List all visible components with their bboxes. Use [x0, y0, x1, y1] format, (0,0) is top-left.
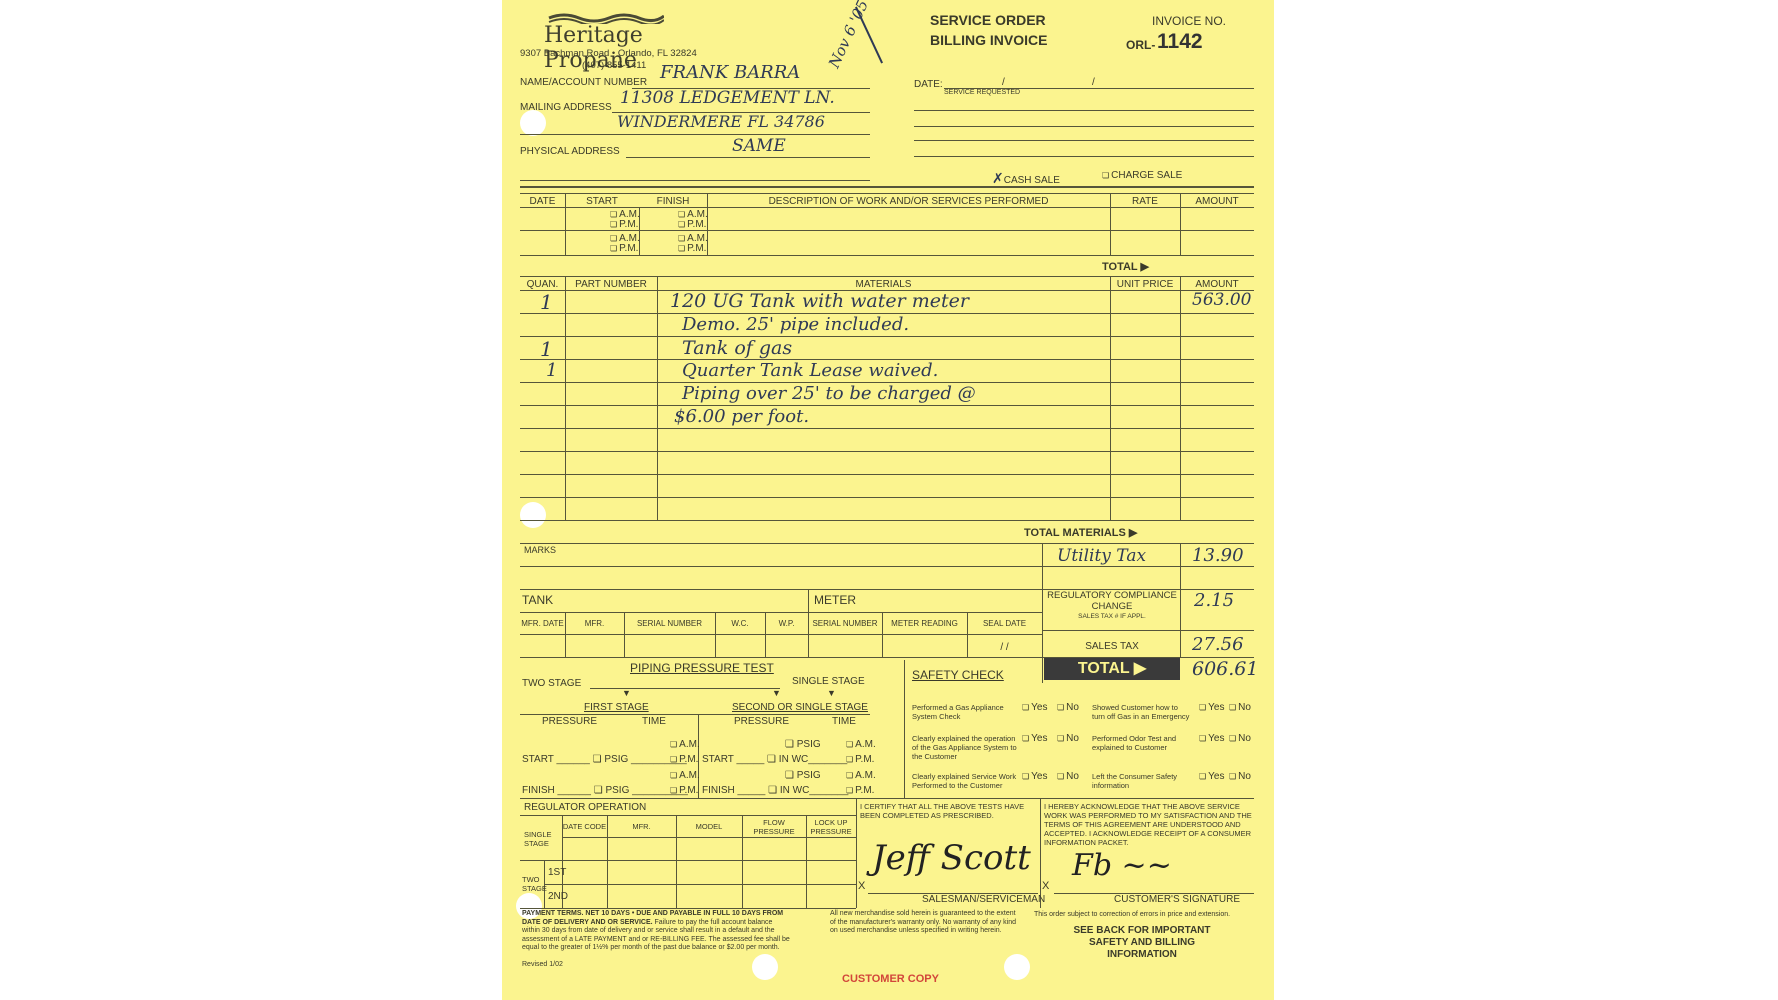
- psig-label: PSIG: [604, 754, 628, 765]
- safety-no-checkbox[interactable]: No: [1229, 734, 1251, 743]
- name-label: NAME/ACCOUNT NUMBER: [520, 77, 647, 88]
- material-desc: Tank of gas: [682, 337, 792, 359]
- utility-tax-label: Utility Tax: [1057, 546, 1146, 566]
- meter-label: METER: [814, 593, 856, 607]
- safety-item: Performed Odor Test and explained to Cus…: [1092, 734, 1192, 752]
- seal-date-value: / /: [967, 642, 1042, 653]
- material-desc: Quarter Tank Lease waived.: [682, 360, 938, 381]
- safety-item: Left the Consumer Safety information: [1092, 772, 1192, 790]
- services-total-label: TOTAL ▶: [1102, 260, 1149, 273]
- tank-col-serial: SERIAL NUMBER: [624, 619, 715, 628]
- tank-col-mfr-date: MFR. DATE: [520, 619, 565, 628]
- regulatory-label: REGULATORY COMPLIANCE CHANGE: [1047, 590, 1177, 612]
- finish-am-checkbox[interactable]: A.M.: [678, 234, 708, 243]
- finish-label: FINISH: [522, 785, 555, 796]
- safety-no-checkbox[interactable]: No: [1057, 703, 1079, 712]
- col-amount: AMOUNT: [1180, 196, 1254, 207]
- punch-hole: [1004, 954, 1030, 980]
- physical-address: SAME: [732, 136, 786, 156]
- safety-no-checkbox[interactable]: No: [1229, 703, 1251, 712]
- punch-hole: [520, 502, 546, 528]
- psig-label: PSIG: [605, 785, 629, 796]
- sales-tax-value: 27.56: [1192, 634, 1244, 655]
- reg-col-flow-pressure: FLOW PRESSURE: [742, 818, 806, 836]
- mailing-label: MAILING ADDRESS: [520, 102, 612, 113]
- warranty-text: All new merchandise sold herein is guara…: [830, 910, 1020, 936]
- first-finish-am-checkbox[interactable]: A.M.: [670, 771, 700, 780]
- company-phone: (407) 855-1411: [582, 60, 646, 71]
- cash-sale-label: CASH SALE: [1004, 175, 1060, 186]
- meter-col-seal-date: SEAL DATE: [967, 619, 1042, 628]
- margin-note: Nov 6 '05: [825, 0, 872, 71]
- col-quantity: QUAN.: [520, 279, 565, 290]
- cash-sale-checkbox[interactable]: ✗CASH SALE: [992, 170, 1060, 187]
- material-qty: 1: [540, 290, 553, 314]
- safety-yes-checkbox[interactable]: Yes: [1199, 734, 1225, 743]
- acknowledge-text: I HEREBY ACKNOWLEDGE THAT THE ABOVE SERV…: [1044, 802, 1252, 847]
- sales-tax-sub-label: SALES TAX # IF APPL.: [1047, 613, 1177, 620]
- revised-label: Revised 1/02: [522, 960, 563, 969]
- arrow-down-icon: ▼: [772, 688, 781, 698]
- date-separator: /: [1092, 77, 1095, 88]
- regulatory-value: 2.15: [1194, 590, 1234, 611]
- invoice-paper: Heritage Propane 9307 Bachman Road • Orl…: [502, 0, 1274, 1000]
- materials-total-label: TOTAL MATERIALS ▶: [1024, 526, 1137, 539]
- start-pm-checkbox[interactable]: P.M.: [610, 220, 638, 229]
- customer-sig-label: CUSTOMER'S SIGNATURE: [1114, 895, 1240, 904]
- piping-title: PIPING PRESSURE TEST: [630, 661, 774, 675]
- tank-col-wc: W.C.: [715, 619, 765, 628]
- finish-am-checkbox[interactable]: A.M.: [678, 210, 708, 219]
- safety-yes-checkbox[interactable]: Yes: [1199, 772, 1225, 781]
- safety-yes-checkbox[interactable]: Yes: [1022, 772, 1048, 781]
- second-finish-pm-checkbox[interactable]: P.M.: [846, 786, 874, 795]
- safety-item: Clearly explained Service Work Performed…: [912, 772, 1022, 790]
- psig-label: PSIG: [797, 770, 821, 781]
- material-desc: $6.00 per foot.: [674, 406, 809, 427]
- second-start-pm-checkbox[interactable]: P.M.: [846, 755, 874, 764]
- tank-col-mfr: MFR.: [565, 619, 624, 628]
- serviceman-signature: Jeff Scott: [872, 838, 1031, 878]
- first-start-pm-checkbox[interactable]: P.M.: [670, 755, 698, 764]
- single-stage-label: SINGLE STAGE: [792, 676, 865, 687]
- title-line1: SERVICE ORDER: [930, 12, 1046, 28]
- punch-hole: [520, 110, 546, 136]
- col-finish: FINISH: [639, 196, 707, 207]
- col-date: DATE: [520, 196, 565, 207]
- safety-item: Performed a Gas Appliance System Check: [912, 703, 1012, 721]
- wave-icon: [544, 10, 664, 24]
- safety-no-checkbox[interactable]: No: [1057, 734, 1079, 743]
- finish-label: FINISH: [702, 785, 735, 796]
- meter-col-serial: SERIAL NUMBER: [808, 619, 882, 628]
- payment-terms: PAYMENT TERMS. NET 10 DAYS • DUE AND PAY…: [522, 910, 792, 953]
- safety-yes-checkbox[interactable]: Yes: [1022, 703, 1048, 712]
- sales-tax-label: SALES TAX: [1047, 641, 1177, 652]
- first-time-header: TIME: [642, 716, 666, 727]
- material-amount: 563.00: [1192, 290, 1251, 310]
- safety-yes-checkbox[interactable]: Yes: [1199, 703, 1225, 712]
- mailing-line2: WINDERMERE FL 34786: [617, 112, 825, 131]
- safety-no-checkbox[interactable]: No: [1057, 772, 1079, 781]
- remarks-label: MARKS: [524, 545, 556, 555]
- date-sub-label: SERVICE REQUESTED: [944, 89, 1020, 96]
- charge-sale-label: CHARGE SALE: [1111, 170, 1182, 181]
- second-finish-row: FINISH _____ ❏ IN WC_______: [702, 786, 848, 795]
- safety-yes-checkbox[interactable]: Yes: [1022, 734, 1048, 743]
- second-start-am-checkbox[interactable]: A.M.: [846, 740, 876, 749]
- reg-second: 2ND: [548, 892, 568, 901]
- arrow-down-icon: ▼: [622, 688, 631, 698]
- reg-col-lockup-pressure: LOCK UP PRESSURE: [806, 818, 856, 836]
- customer-copy-label: CUSTOMER COPY: [842, 973, 939, 985]
- see-back-text: SEE BACK FOR IMPORTANT SAFETY AND BILLIN…: [1067, 925, 1217, 961]
- first-start-row: START ______ ❏ PSIG __________: [522, 755, 687, 764]
- two-stage-label: TWO STAGE: [522, 678, 581, 689]
- material-desc: Demo. 25' pipe included.: [682, 314, 909, 335]
- finish-pm-checkbox[interactable]: P.M.: [678, 244, 706, 253]
- material-qty: 1: [546, 360, 557, 381]
- col-description: DESCRIPTION OF WORK AND/OR SERVICES PERF…: [707, 196, 1110, 207]
- start-am-checkbox[interactable]: A.M.: [610, 210, 640, 219]
- charge-sale-checkbox[interactable]: CHARGE SALE: [1102, 170, 1182, 181]
- second-finish-psig: ❏ PSIG: [785, 771, 821, 780]
- customer-signature: Fb ~~: [1072, 848, 1172, 883]
- finish-pm-checkbox[interactable]: P.M.: [678, 220, 706, 229]
- meter-col-reading: METER READING: [882, 619, 967, 628]
- second-stage-label: SECOND OR SINGLE STAGE: [732, 702, 868, 713]
- invoice-label: INVOICE NO.: [1152, 14, 1226, 28]
- start-label: START: [522, 754, 554, 765]
- certify-text: I CERTIFY THAT ALL THE ABOVE TESTS HAVE …: [860, 802, 1035, 820]
- grand-total-value: 606.61: [1192, 658, 1258, 680]
- mailing-line1: 11308 LEDGEMENT LN.: [620, 88, 835, 108]
- start-am-checkbox[interactable]: A.M.: [610, 234, 640, 243]
- second-pressure-header: PRESSURE: [734, 716, 789, 727]
- customer-name: FRANK BARRA: [660, 62, 800, 83]
- first-start-am-checkbox[interactable]: A.M.: [670, 740, 700, 749]
- regulator-title: REGULATOR OPERATION: [524, 802, 646, 813]
- second-time-header: TIME: [832, 716, 856, 727]
- date-separator: /: [1002, 77, 1005, 88]
- physical-label: PHYSICAL ADDRESS: [520, 146, 620, 157]
- arrow-down-icon: ▼: [827, 688, 836, 698]
- safety-item: Clearly explained the operation of the G…: [912, 734, 1022, 761]
- second-finish-am-checkbox[interactable]: A.M.: [846, 771, 876, 780]
- col-part-number: PART NUMBER: [565, 279, 657, 290]
- col-amount: AMOUNT: [1180, 279, 1254, 290]
- reg-col-model: MODEL: [676, 822, 742, 831]
- punch-hole: [752, 954, 778, 980]
- reg-col-mfr: MFR.: [607, 822, 676, 831]
- date-label: DATE:: [914, 79, 943, 90]
- start-label: START: [702, 754, 734, 765]
- first-finish-pm-checkbox[interactable]: P.M.: [670, 786, 698, 795]
- reg-first: 1ST: [548, 868, 566, 877]
- material-qty: 1: [540, 337, 553, 361]
- start-pm-checkbox[interactable]: P.M.: [610, 244, 638, 253]
- material-desc: Piping over 25' to be charged @: [682, 383, 976, 404]
- col-unit-price: UNIT PRICE: [1110, 279, 1180, 290]
- margin-mark: [855, 6, 883, 63]
- title-line2: BILLING INVOICE: [930, 32, 1047, 48]
- col-rate: RATE: [1110, 196, 1180, 207]
- first-pressure-header: PRESSURE: [542, 716, 597, 727]
- safety-title: SAFETY CHECK: [912, 668, 1004, 682]
- invoice-prefix: ORL-: [1126, 38, 1155, 52]
- in-wc-label: IN WC: [780, 785, 809, 796]
- psig-label: PSIG: [797, 739, 821, 750]
- second-start-psig: ❏ PSIG: [785, 740, 821, 749]
- col-start: START: [565, 196, 639, 207]
- safety-no-checkbox[interactable]: No: [1229, 772, 1251, 781]
- utility-tax-value: 13.90: [1192, 545, 1244, 566]
- first-finish-row: FINISH ______ ❏ PSIG __________: [522, 786, 688, 795]
- first-stage-label: FIRST STAGE: [584, 702, 649, 713]
- material-desc: 120 UG Tank with water meter: [670, 290, 969, 312]
- signature-x: X: [858, 880, 865, 892]
- safety-item: Showed Customer how to turn off Gas in a…: [1092, 703, 1192, 721]
- reg-two-stage: TWO STAGE: [522, 875, 544, 893]
- company-address: 9307 Bachman Road • Orlando, FL 32824: [520, 48, 697, 59]
- reg-single-stage: SINGLE STAGE: [524, 830, 560, 848]
- signature-x: X: [1042, 880, 1049, 892]
- tank-label: TANK: [522, 593, 553, 607]
- grand-total-label: TOTAL ▶: [1044, 658, 1180, 680]
- reg-col-date-code: DATE CODE: [562, 822, 607, 831]
- second-start-row: START _____ ❏ IN WC_______: [702, 755, 847, 764]
- in-wc-label: IN WC: [779, 754, 808, 765]
- correction-text: This order subject to correction of erro…: [1034, 910, 1259, 919]
- tank-col-wp: W.P.: [765, 619, 808, 628]
- col-materials: MATERIALS: [657, 279, 1110, 290]
- invoice-number: 1142: [1157, 30, 1203, 54]
- serviceman-label: SALESMAN/SERVICEMAN: [922, 895, 1045, 904]
